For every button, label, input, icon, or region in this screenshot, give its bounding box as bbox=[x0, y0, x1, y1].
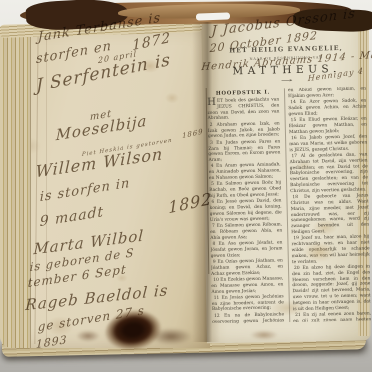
handwritten-inscription: 1892 bbox=[168, 189, 212, 218]
ink-stain-smear bbox=[150, 328, 192, 345]
handwritten-inscription: 9 maadt bbox=[40, 204, 104, 230]
handwriting-layer: Jank Terbanse isstorfen en20 april1872J … bbox=[0, 0, 372, 372]
handwritten-inscription: Hennigay 4 bbox=[308, 66, 364, 83]
foxing-stain bbox=[298, 238, 340, 266]
small-stain bbox=[250, 330, 278, 340]
handwritten-inscription: 1893 bbox=[36, 333, 68, 351]
handwritten-inscription: 1869 bbox=[182, 127, 204, 140]
handwritten-inscription: is storfen in bbox=[40, 176, 131, 206]
small-stain bbox=[76, 330, 100, 342]
